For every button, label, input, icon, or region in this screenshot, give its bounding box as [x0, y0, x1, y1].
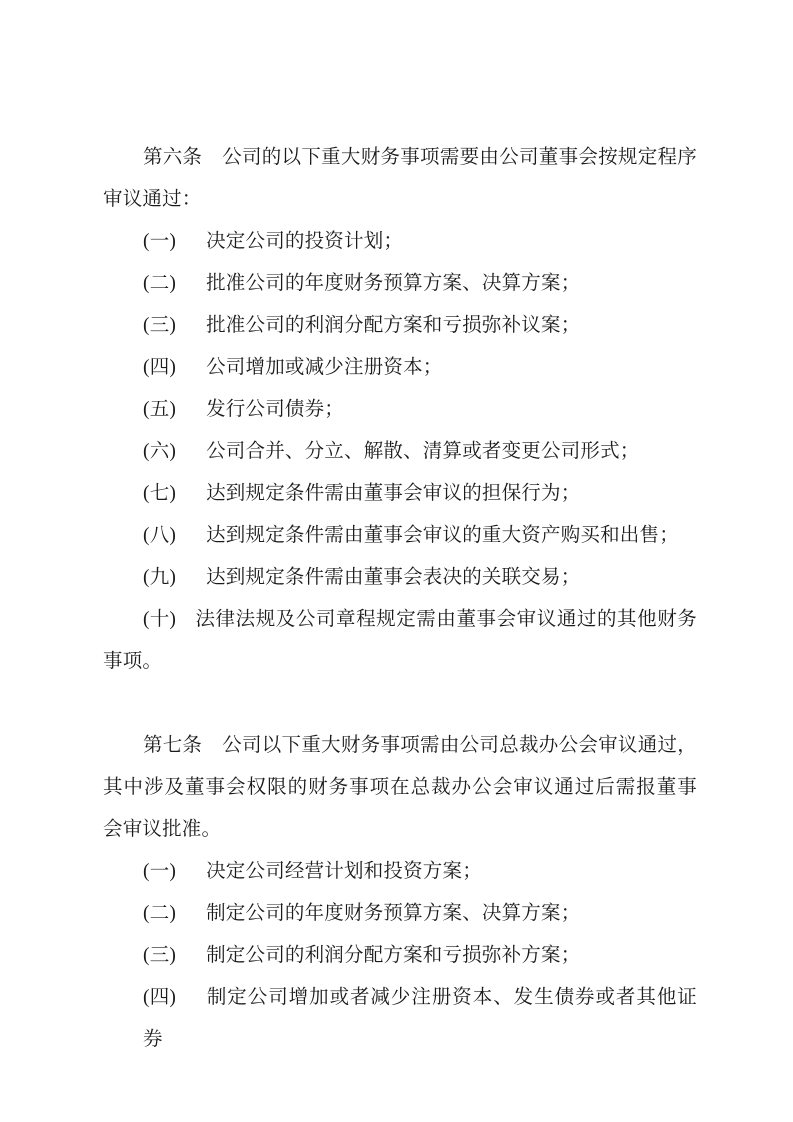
text-line: (七)达到规定条件需由董事会审议的担保行为；: [103, 473, 697, 515]
line-text: 达到规定条件需由董事会审议的重大资产购买和出售；: [206, 525, 679, 546]
line-text: 公司以下重大财务事项需由公司总裁办公会审议通过，: [222, 735, 697, 756]
line-text: 审议通过：: [103, 189, 202, 210]
list-item-number: (二): [143, 893, 176, 935]
text-line: (一)决定公司的投资计划；: [103, 221, 697, 263]
text-line: (二)制定公司的年度财务预算方案、决算方案；: [103, 893, 697, 935]
text-line: (三)批准公司的利润分配方案和亏损弥补议案；: [103, 305, 697, 347]
line-text: 达到规定条件需由董事会审议的担保行为；: [206, 483, 580, 504]
text-line: (四)公司增加或减少注册资本；: [103, 347, 697, 389]
article-number: 第七条: [143, 725, 202, 767]
list-item-number: (二): [143, 263, 176, 305]
line-text: 事项。: [103, 651, 162, 672]
line-text: 其中涉及董事会权限的财务事项在总裁办公会审议通过后需报董事: [103, 777, 697, 798]
document-page: 第六条公司的以下重大财务事项需要由公司董事会按规定程序审议通过：(一)决定公司的…: [0, 0, 793, 1122]
list-item-number: (四): [143, 977, 176, 1019]
article-number: 第六条: [143, 137, 202, 179]
list-item-number: (五): [143, 389, 176, 431]
list-item-number: (九): [143, 557, 176, 599]
text-line: 第七条公司以下重大财务事项需由公司总裁办公会审议通过，: [103, 725, 697, 767]
text-line: (六)公司合并、分立、解散、清算或者变更公司形式；: [103, 431, 697, 473]
line-text: 公司增加或减少注册资本；: [206, 357, 442, 378]
line-text: 发行公司债券；: [206, 399, 344, 420]
text-line: 审议通过：: [103, 179, 697, 221]
text-line: (八)达到规定条件需由董事会审议的重大资产购买和出售；: [103, 515, 697, 557]
line-text: 批准公司的年度财务预算方案、决算方案；: [206, 273, 580, 294]
line-text: 制定公司的年度财务预算方案、决算方案；: [206, 903, 580, 924]
text-line: 其中涉及董事会权限的财务事项在总裁办公会审议通过后需报董事: [103, 767, 697, 809]
text-line: (十)法律法规及公司章程规定需由董事会审议通过的其他财务: [103, 599, 697, 641]
list-item-number: (十): [143, 599, 176, 641]
line-text: 会审议批准。: [103, 819, 221, 840]
line-text: 达到规定条件需由董事会表决的关联交易；: [206, 567, 580, 588]
text-line: (一)决定公司经营计划和投资方案；: [103, 851, 697, 893]
document-body: 第六条公司的以下重大财务事项需要由公司董事会按规定程序审议通过：(一)决定公司的…: [103, 137, 697, 1061]
line-text: 决定公司的投资计划；: [206, 231, 403, 252]
line-text: 制定公司增加或者减少注册资本、发生债券或者其他证券: [143, 987, 697, 1050]
line-text: 公司的以下重大财务事项需要由公司董事会按规定程序: [222, 147, 697, 168]
text-line: (五)发行公司债券；: [103, 389, 697, 431]
blank-line: [103, 683, 697, 725]
text-line: (二)批准公司的年度财务预算方案、决算方案；: [103, 263, 697, 305]
list-item-number: (六): [143, 431, 176, 473]
line-text: 公司合并、分立、解散、清算或者变更公司形式；: [206, 441, 639, 462]
list-item-number: (一): [143, 851, 176, 893]
list-item-number: (一): [143, 221, 176, 263]
list-item-number: (三): [143, 935, 176, 977]
line-text: 决定公司经营计划和投资方案；: [206, 861, 482, 882]
text-line: (三)制定公司的利润分配方案和亏损弥补方案；: [103, 935, 697, 977]
text-line: 会审议批准。: [103, 809, 697, 851]
list-item-number: (八): [143, 515, 176, 557]
text-line: (九)达到规定条件需由董事会表决的关联交易；: [103, 557, 697, 599]
line-text: 批准公司的利润分配方案和亏损弥补议案；: [206, 315, 580, 336]
text-line: 第六条公司的以下重大财务事项需要由公司董事会按规定程序: [103, 137, 697, 179]
list-item-number: (三): [143, 305, 176, 347]
text-line: (四)制定公司增加或者减少注册资本、发生债券或者其他证券: [103, 977, 697, 1061]
line-text: 法律法规及公司章程规定需由董事会审议通过的其他财务: [195, 609, 697, 630]
text-line: 事项。: [103, 641, 697, 683]
list-item-number: (四): [143, 347, 176, 389]
line-text: 制定公司的利润分配方案和亏损弥补方案；: [206, 945, 580, 966]
list-item-number: (七): [143, 473, 176, 515]
